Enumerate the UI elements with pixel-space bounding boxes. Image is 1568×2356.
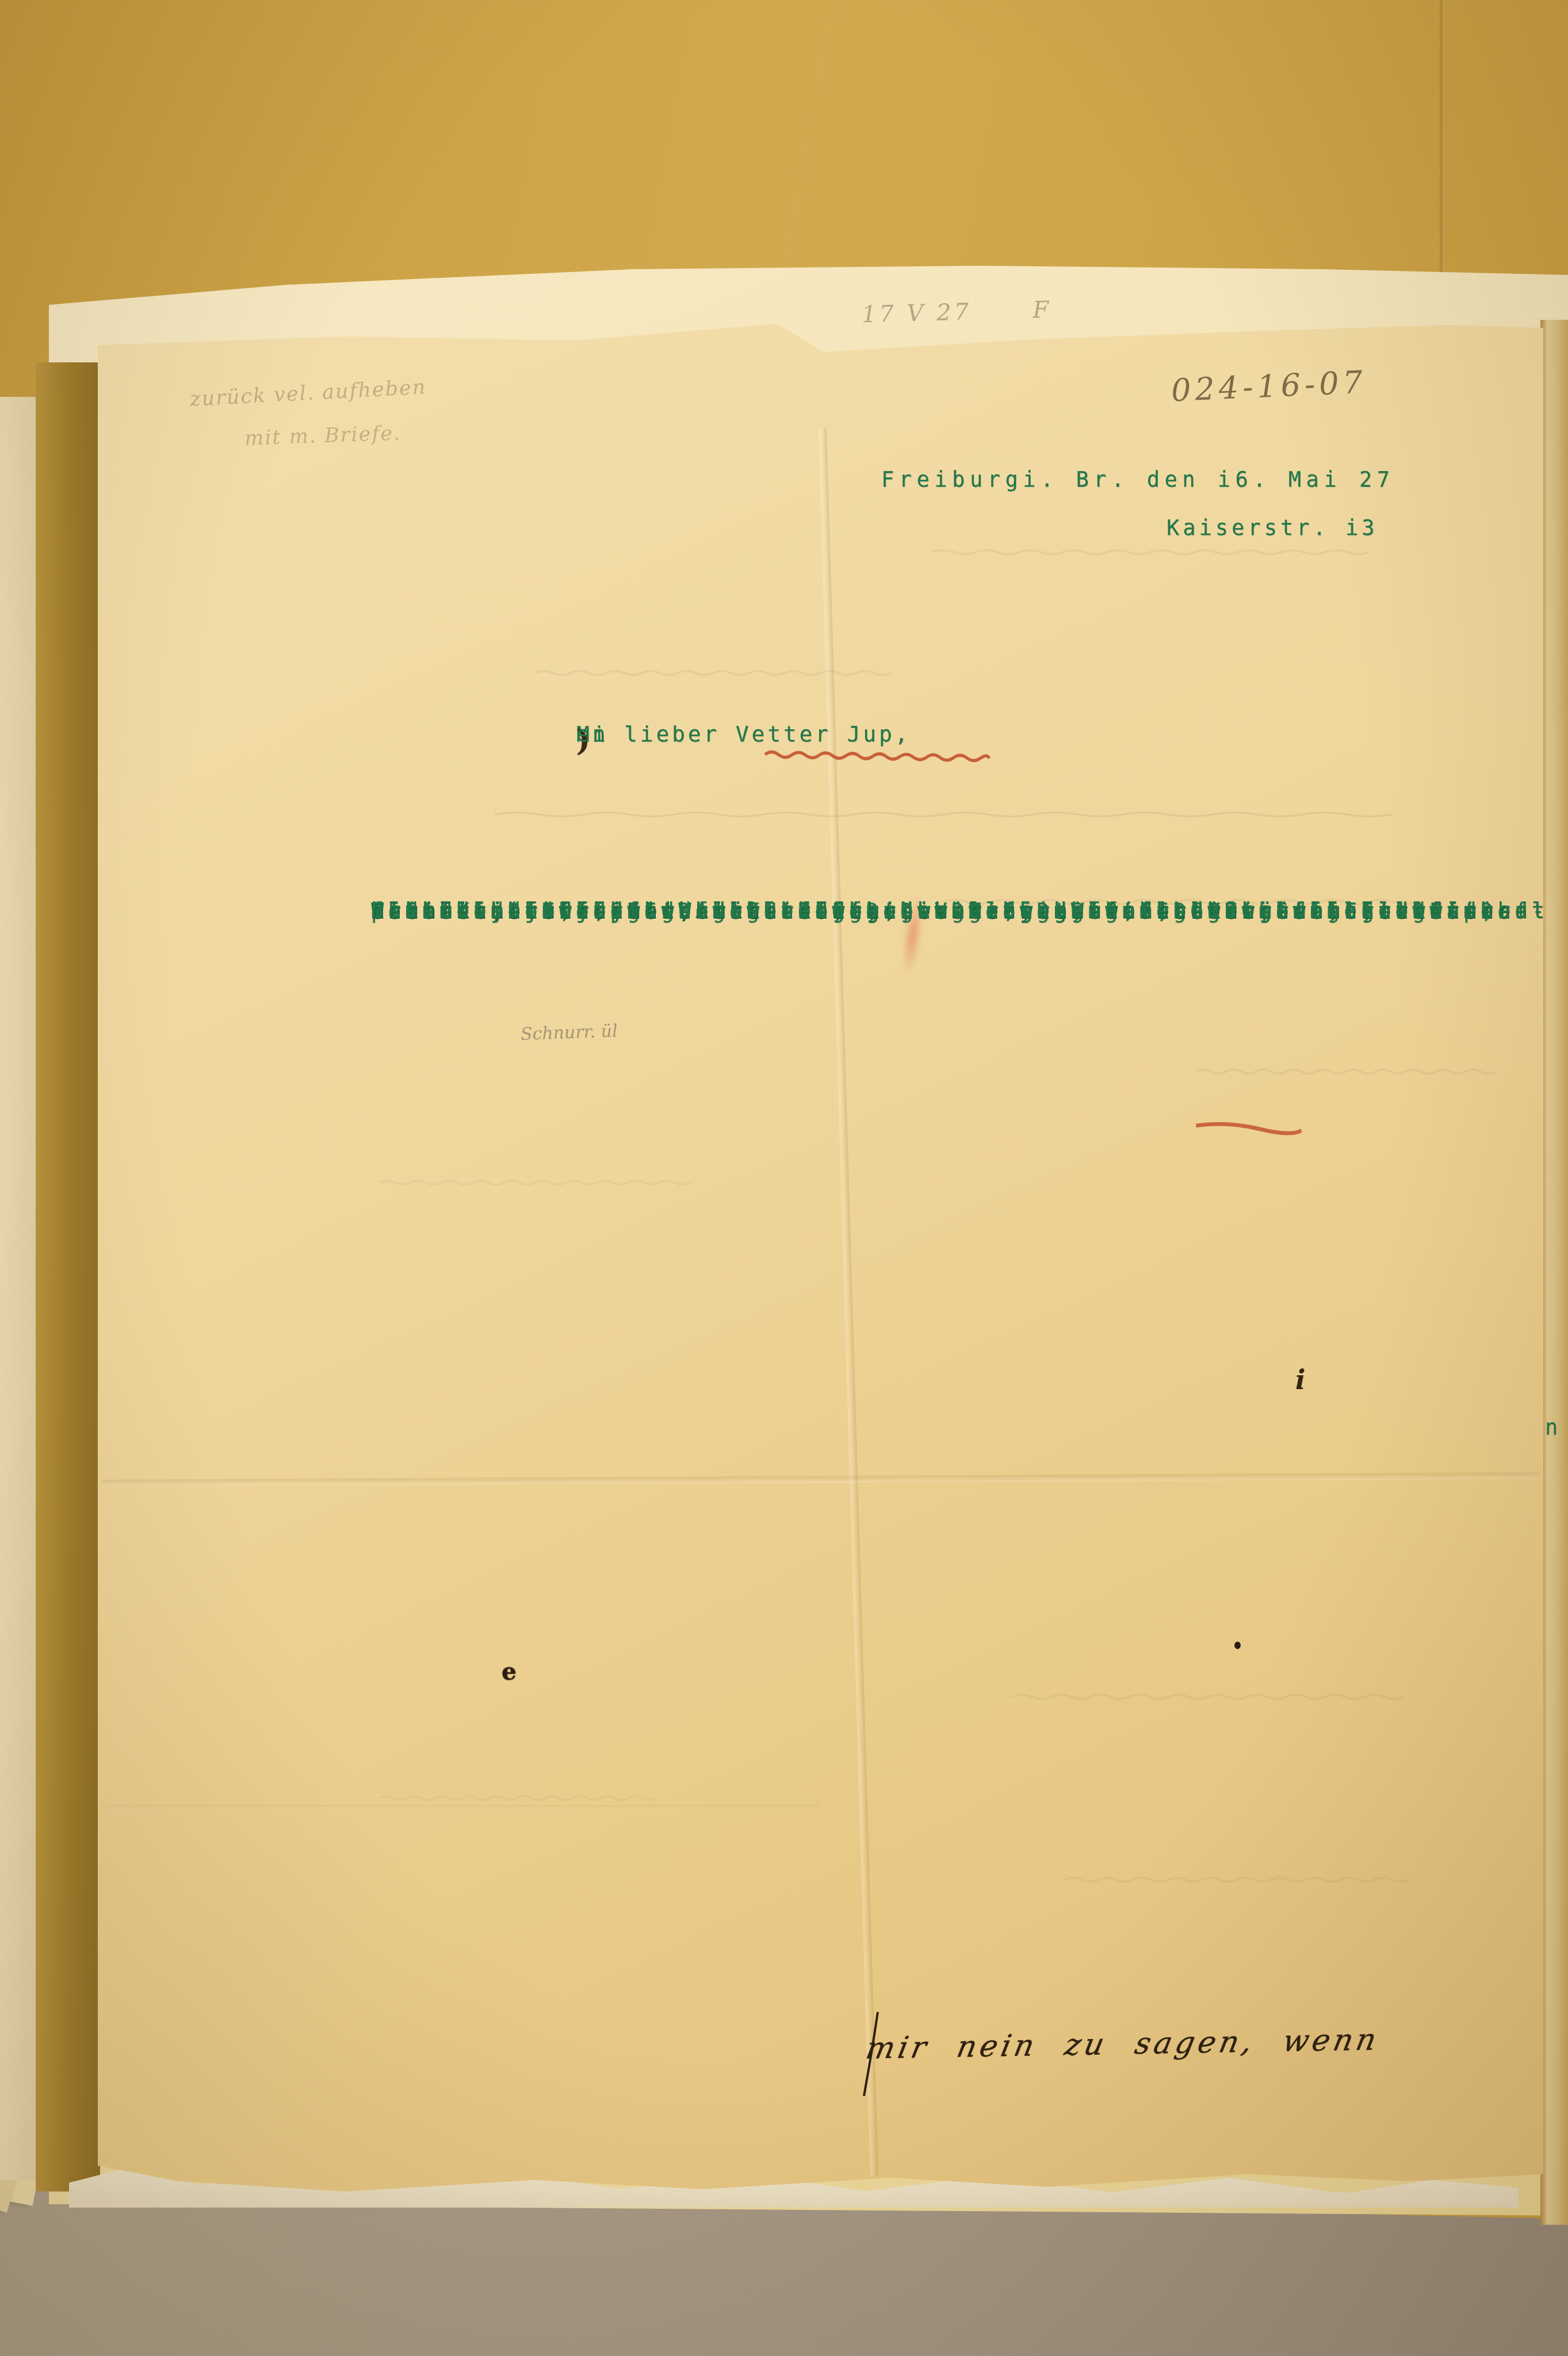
folder-shadow-band — [36, 362, 100, 2191]
letter-sheet — [98, 311, 1543, 2197]
page-stack-edge — [0, 397, 40, 2180]
ink-overtype-e: e — [502, 1658, 517, 1685]
ghost-mark — [1012, 1692, 1403, 1701]
ghost-mark — [1196, 1067, 1496, 1076]
interline-pencil-note: Schnurr. ül — [520, 1021, 618, 1045]
ghost-mark — [495, 810, 1392, 819]
ghost-mark — [380, 1793, 656, 1803]
ghost-mark — [535, 668, 892, 678]
ghost-mark — [932, 548, 1369, 557]
archive-letter-photo: 024-16-07 17 V 27 F zurück vel. aufheben… — [0, 0, 1568, 2356]
horizontal-fold-crease — [101, 1805, 820, 1810]
dateline: Freiburgi. Br. den i6. Mai 27 — [881, 467, 1395, 492]
ink-dot — [1234, 1642, 1241, 1649]
ink-overtype-i: i — [1295, 1364, 1305, 1395]
ghost-mark — [1064, 1875, 1409, 1884]
salutation-post: en lieber Vetter Jup, — [576, 721, 911, 747]
address-line: Kaiserstr. i3 — [1167, 515, 1378, 540]
sliver-overflow-char: n — [1545, 1415, 1558, 1440]
top-edge-note: 17 V 27 F — [861, 297, 1051, 328]
typed-line: dass es Dir einfach erscheint — [371, 883, 866, 939]
ghost-mark — [380, 1178, 690, 1187]
right-page-sliver — [1540, 320, 1568, 2225]
